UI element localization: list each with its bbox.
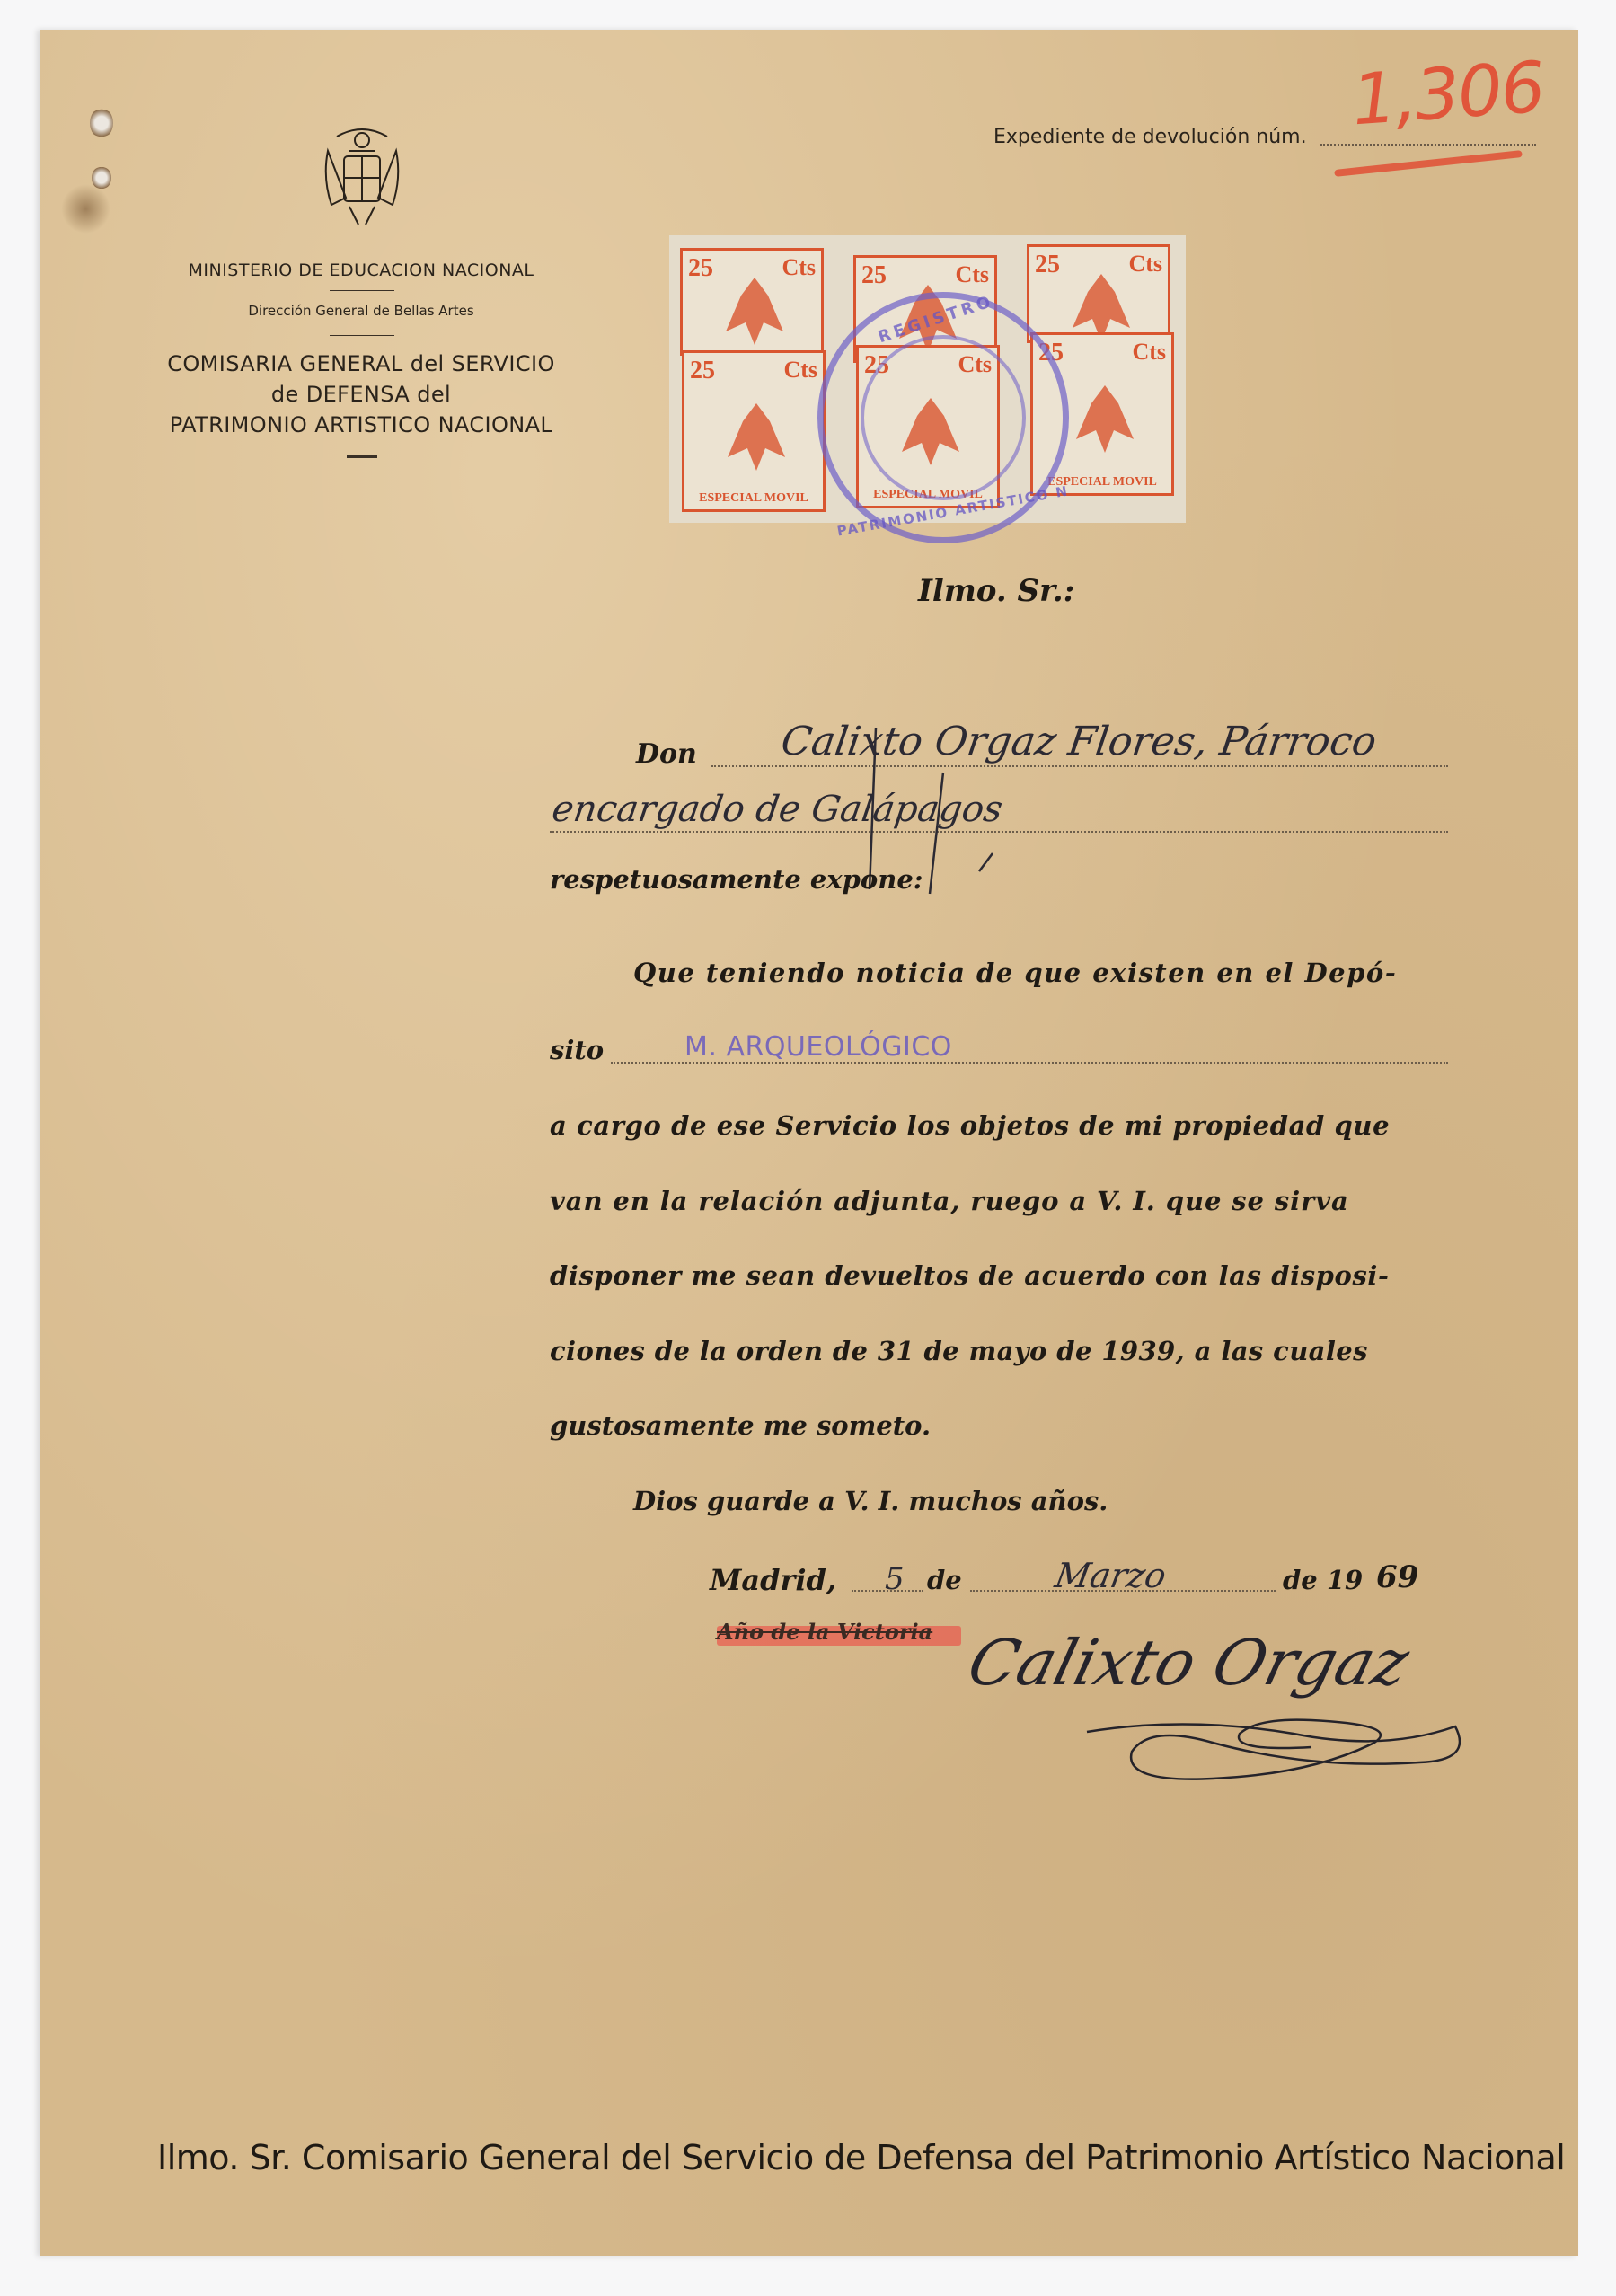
date-year-handwritten: 69	[1376, 1559, 1418, 1595]
paragraph-line-7: gustosamente me someto.	[550, 1410, 931, 1441]
commission-line-1: COMISARIA GENERAL del SERVICIO	[137, 349, 586, 379]
staple-hole-top	[90, 108, 113, 138]
eagle-emblem-icon	[1069, 367, 1141, 466]
paragraph-sito: sito	[550, 1035, 604, 1065]
commission-name: COMISARIA GENERAL del SERVICIO de DEFENS…	[137, 349, 586, 440]
paragraph-line-1: Que teniendo noticia de que existen en e…	[633, 958, 1397, 988]
date-day-handwritten: 5	[885, 1561, 905, 1597]
ministry-name: MINISTERIO DE EDUCACION NACIONAL	[137, 261, 586, 280]
don-prefix: Don	[636, 738, 697, 770]
paragraph-line-6: ciones de la orden de 31 de mayo de 1939…	[550, 1336, 1368, 1366]
revenue-stamp: 25 Cts ESPECIAL MOVIL	[682, 350, 826, 512]
file-number-dotline	[1320, 144, 1536, 146]
commission-line-3: PATRIMONIO ARTISTICO NACIONAL	[137, 410, 586, 440]
signature-flourish	[1078, 1707, 1473, 1788]
divider	[330, 335, 394, 336]
registry-seal-inner-ring	[861, 335, 1026, 500]
eagle-emblem-icon	[719, 269, 790, 349]
paragraph-line-5: disponer me sean devueltos de acuerdo co…	[550, 1260, 1390, 1291]
eagle-emblem-icon	[720, 385, 792, 484]
deposit-stamp: M. ARQUEOLÓGICO	[684, 1031, 952, 1063]
divider	[347, 455, 377, 458]
rust-stain	[61, 184, 110, 234]
revenue-stamp: 25 Cts	[1027, 244, 1170, 343]
date-month-handwritten: Marzo	[1052, 1556, 1169, 1595]
revenue-stamp: 25 Cts	[680, 248, 824, 356]
file-number-value: 1,306	[1349, 48, 1546, 142]
directorate-name: Dirección General de Bellas Artes	[137, 303, 586, 319]
spanish-coat-of-arms-icon	[319, 124, 405, 232]
file-number-label: Expediente de devolución núm.	[993, 126, 1307, 148]
paragraph-line-4: van en la relación adjunta, ruego a V. I…	[550, 1186, 1349, 1216]
date-city: Madrid,	[710, 1563, 836, 1597]
closing-formula: Dios guarde a V. I. muchos años.	[633, 1486, 1108, 1516]
date-de: de	[927, 1565, 962, 1595]
paragraph-line-3: a cargo de ese Servicio los objetos de m…	[550, 1110, 1390, 1141]
salutation: Ilmo. Sr.:	[918, 573, 1074, 609]
victory-year-text: Año de la Victoria	[717, 1619, 932, 1645]
expone-line: respetuosamente expone:	[550, 864, 923, 895]
signature: Calixto Orgaz	[961, 1626, 1417, 1700]
addressee-footer: Ilmo. Sr. Comisario General del Servicio…	[157, 2138, 1565, 2177]
commission-line-2: de DEFENSA del	[137, 379, 586, 410]
date-year-prefix: de 19	[1283, 1565, 1363, 1595]
divider	[330, 290, 394, 291]
